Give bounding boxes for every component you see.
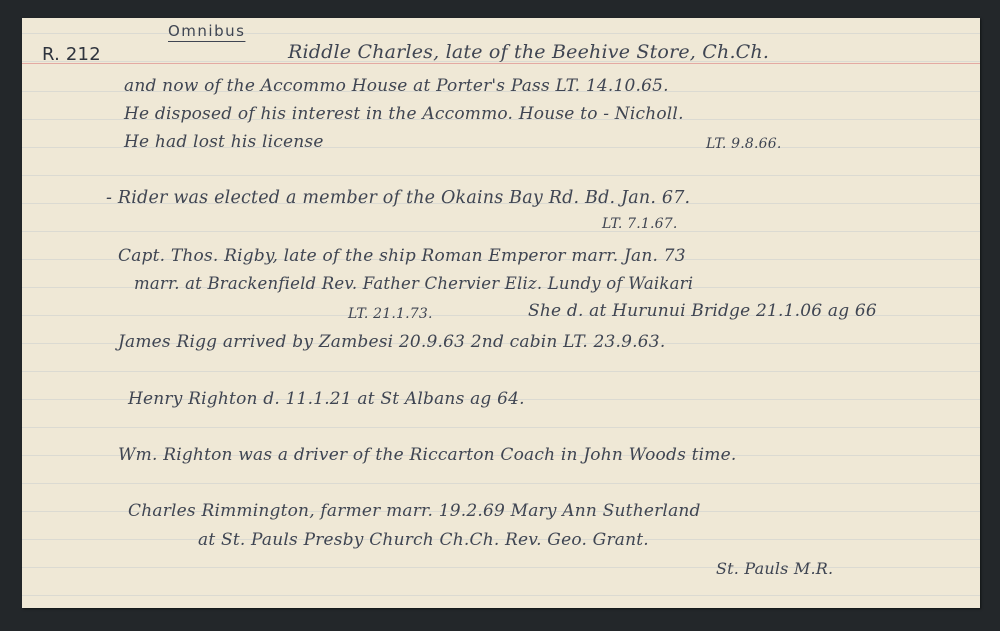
entry-rigby-line-1: Capt. Thos. Rigby, late of the ship Roma… [118,246,686,266]
entry-riddle-line-2: and now of the Accommo House at Porter's… [124,76,669,96]
entry-rimmington-line-1: Charles Rimmington, farmer marr. 19.2.69… [128,501,701,521]
card-reference: R. 212 [42,44,101,65]
entry-riddle-line-1: Riddle Charles, late of the Beehive Stor… [288,41,769,63]
entry-rigby-line-2: marr. at Brackenfield Rev. Father Chervi… [134,274,693,293]
entry-rider-source: LT. 7.1.67. [602,216,678,232]
index-card: R. 212 Omnibus Riddle Charles, late of t… [22,18,980,608]
entry-rimmington-source: St. Pauls M.R. [716,559,833,578]
entry-rigby-line-3: She d. at Hurunui Bridge 21.1.06 ag 66 [528,301,877,321]
entry-riddle-line-3: He disposed of his interest in the Accom… [124,104,684,124]
entry-rider-line-1: - Rider was elected a member of the Okai… [106,188,690,208]
entry-rigby-source: LT. 21.1.73. [348,306,433,322]
card-heading: Omnibus [168,22,245,40]
entry-riddle-line-4: He had lost his license [124,132,324,152]
entry-rigg-line-1: James Rigg arrived by Zambesi 20.9.63 2n… [118,332,665,352]
red-header-rule [22,63,980,64]
entry-henry-righton-line-1: Henry Righton d. 11.1.21 at St Albans ag… [128,389,525,409]
entry-rimmington-line-2: at St. Pauls Presby Church Ch.Ch. Rev. G… [198,530,649,550]
entry-wm-righton-line-1: Wm. Righton was a driver of the Riccarto… [118,445,736,465]
entry-riddle-source: LT. 9.8.66. [706,136,782,152]
